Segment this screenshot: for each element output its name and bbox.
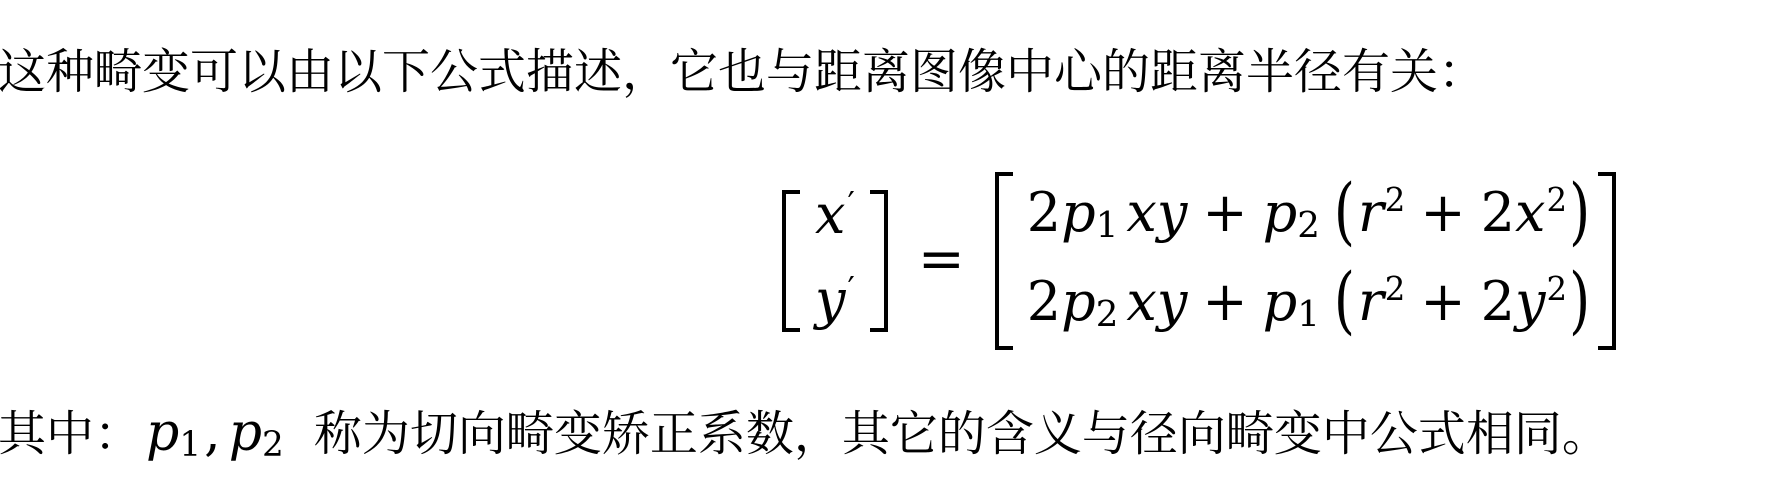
matrix-row: x′ <box>815 184 855 253</box>
subscript: 1 <box>179 425 201 465</box>
coefficient: 2 <box>1027 270 1061 333</box>
plus-operator: + <box>1202 270 1247 333</box>
matrix-rhs: 2p1xy+p2(r2+2x2) 2p2xy+p1(r2+2y2) <box>995 172 1616 350</box>
superscript: 2 <box>1385 270 1406 308</box>
left-bracket <box>995 172 1013 350</box>
matrix-row: y′ <box>815 269 855 338</box>
left-bracket <box>782 190 800 332</box>
plus-operator: + <box>1202 181 1247 244</box>
paragraph-top: 这种畸变可以由以下公式描述，它也与距离图像中心的距离半径有关： <box>0 44 1486 102</box>
matrix-lhs-column: x′ y′ <box>800 190 870 332</box>
right-paren: ) <box>1569 251 1590 351</box>
left-paren: ( <box>1334 162 1355 262</box>
right-bracket <box>1598 172 1616 350</box>
prime-mark: ′ <box>847 185 854 223</box>
paragraph-bottom: 其中：p1,p2称为切向畸变矫正系数，其它的含义与径向畸变中公式相同。 <box>0 402 1610 464</box>
variable-p: p <box>229 403 262 463</box>
superscript: 2 <box>1385 181 1406 219</box>
variable-xy: xy <box>1126 181 1187 244</box>
variable-xy: xy <box>1126 270 1187 333</box>
variable-p: p <box>1061 181 1096 244</box>
matrix-row: 2p2xy+p1(r2+2y2) <box>1027 265 1590 346</box>
matrix-row: 2p1xy+p2(r2+2x2) <box>1027 176 1590 257</box>
variable-x: x <box>815 183 845 246</box>
paragraph-bottom-suffix: 称为切向畸变矫正系数，其它的含义与径向畸变中公式相同。 <box>314 408 1610 461</box>
paragraph-bottom-prefix: 其中： <box>0 408 142 461</box>
coefficient: 2 <box>1027 181 1061 244</box>
subscript: 2 <box>262 425 284 465</box>
subscript: 2 <box>1096 294 1119 335</box>
comma: , <box>204 403 221 463</box>
variable-x: x <box>1515 181 1545 244</box>
right-paren: ) <box>1569 162 1590 262</box>
prime-mark: ′ <box>848 270 855 308</box>
variable-p: p <box>1263 270 1298 333</box>
coefficient: 2 <box>1481 270 1515 333</box>
variable-y: y <box>815 268 846 331</box>
variable-p: p <box>1061 270 1096 333</box>
variable-p: p <box>146 403 179 463</box>
variable-r: r <box>1358 181 1384 244</box>
left-paren: ( <box>1334 251 1355 351</box>
document-canvas: 这种畸变可以由以下公式描述，它也与距离图像中心的距离半径有关： x′ y′ = … <box>0 0 1782 501</box>
superscript: 2 <box>1546 181 1567 219</box>
inline-math-p1-p2: p1,p2 <box>146 403 284 463</box>
subscript: 1 <box>1297 294 1320 335</box>
plus-operator: + <box>1420 270 1465 333</box>
subscript: 2 <box>1297 205 1320 246</box>
paragraph-top-text: 这种畸变可以由以下公式描述，它也与距离图像中心的距离半径有关： <box>0 46 1486 99</box>
plus-operator: + <box>1420 181 1465 244</box>
right-bracket <box>870 190 888 332</box>
variable-p: p <box>1263 181 1298 244</box>
equals-sign: = <box>918 227 965 292</box>
superscript: 2 <box>1547 270 1568 308</box>
matrix-lhs: x′ y′ <box>782 190 888 332</box>
matrix-rhs-column: 2p1xy+p2(r2+2x2) 2p2xy+p1(r2+2y2) <box>1013 172 1598 350</box>
subscript: 1 <box>1096 205 1119 246</box>
distortion-formula: x′ y′ = 2p1xy+p2(r2+2x2) 2p2xy+p1(r2+2y2… <box>782 172 1616 350</box>
variable-y: y <box>1515 270 1546 333</box>
coefficient: 2 <box>1481 181 1515 244</box>
variable-r: r <box>1358 270 1384 333</box>
